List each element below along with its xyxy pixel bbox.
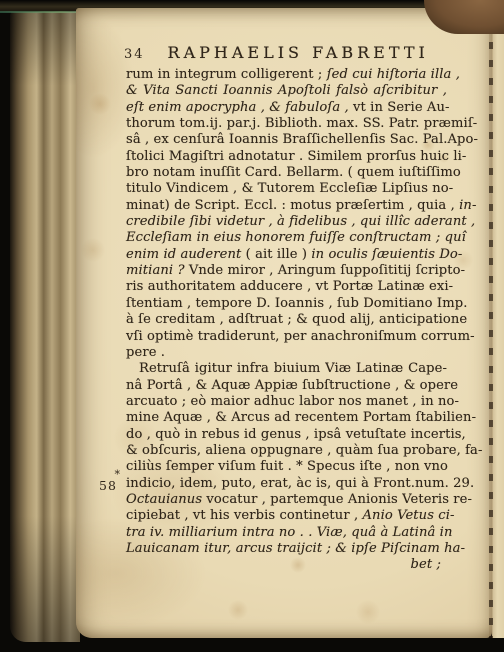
- text-line: minat) de Script. Eccl. : motus præſerti…: [126, 198, 447, 214]
- text-line: Lauicanam itur, arcus traijcit ; & ipſe …: [126, 541, 447, 557]
- text-line: bro notam inuſſit Card. Bellarm. ( quem …: [126, 165, 447, 181]
- book-page-edges: [10, 10, 80, 642]
- lines-container: rum in integrum colligerent ; ſed cui hi…: [126, 67, 447, 557]
- text-line: arcuato ; eò maior adhuc labor nos manet…: [126, 394, 447, 410]
- text-block: rum in integrum colligerent ; ſed cui hi…: [126, 67, 447, 574]
- catchword: bet ;: [126, 557, 447, 573]
- page-number: 34: [124, 47, 145, 62]
- margin-note: * 58: [94, 475, 122, 494]
- text-line: pere .: [126, 345, 447, 361]
- text-line: sâ , ex cenſurâ Ioannis Braſſichellenſis…: [126, 132, 447, 148]
- text-line: nâ Portâ , & Aquæ Appiæ ſubſtructione , …: [126, 378, 447, 394]
- text-line: tra iv. milliarium intra no . . Viæ, quâ…: [126, 525, 447, 541]
- text-line: Octauianus vocatur , partemque Anionis V…: [126, 492, 447, 508]
- text-line: & Vita Sancti Ioannis Apoſtoli falsò aſc…: [126, 83, 447, 99]
- text-line: credibile ſibi videtur , à fidelibus , q…: [126, 214, 447, 230]
- text-line: rum in integrum colligerent ; ſed cui hi…: [126, 67, 447, 83]
- running-title: RAPHAELIS FABRETTI: [168, 43, 429, 62]
- text-line: Eccleſiam in eius honorem fuiſſe conſtru…: [126, 230, 447, 246]
- book-page: 34 RAPHAELIS FABRETTI * 58 rum in integr…: [76, 8, 492, 638]
- book-scan-photo: 34 RAPHAELIS FABRETTI * 58 rum in integr…: [0, 0, 504, 652]
- text-line: ris authoritatem adducere , vt Portæ Lat…: [126, 279, 447, 295]
- text-line: mitiani ? Vnde miror , Aringum ſuppoſiti…: [126, 263, 447, 279]
- text-line: eſt enim apocrypha , & fabuloſa , vt in …: [126, 100, 447, 116]
- text-line: à ſe creditam , adſtruat ; & quod alij, …: [126, 312, 447, 328]
- margin-note-marker: *: [115, 468, 121, 481]
- page-header: 34 RAPHAELIS FABRETTI: [124, 43, 454, 62]
- text-line: enim id auderent ( ait ille ) in oculis …: [126, 247, 447, 263]
- facing-page-sliver: [492, 24, 504, 638]
- text-line: & obſcuris, aliena oppugnare , quàm ſua …: [126, 443, 447, 459]
- text-line: vſi optimè tradiderunt, per anachroniſmu…: [126, 329, 447, 345]
- text-line: cipiebat , vt his verbis continetur , An…: [126, 508, 447, 524]
- text-line: Retruſâ igitur infra biuium Viæ Latinæ C…: [126, 361, 447, 377]
- text-line: thorum tom.ij. par.j. Biblioth. max. SS.…: [126, 116, 447, 132]
- text-line: ciliùs ſemper viſum fuit . * Specus iſte…: [126, 459, 447, 475]
- gutter-crease: [489, 24, 493, 638]
- text-line: ſtentiam , tempore D. Ioannis , ſub Domi…: [126, 296, 447, 312]
- text-line: ſtolici Magiſtri adnotatur . Similem pro…: [126, 149, 447, 165]
- text-line: do , quò in rebus id genus , ipsâ vetuſt…: [126, 427, 447, 443]
- text-line: titulo Vindicem , & Tutorem Eccleſiæ Lip…: [126, 181, 447, 197]
- text-line: indicio, idem, puto, erat, àc is, qui à …: [126, 476, 447, 492]
- text-line: mine Aquæ , & Arcus ad recentem Portam ſ…: [126, 410, 447, 426]
